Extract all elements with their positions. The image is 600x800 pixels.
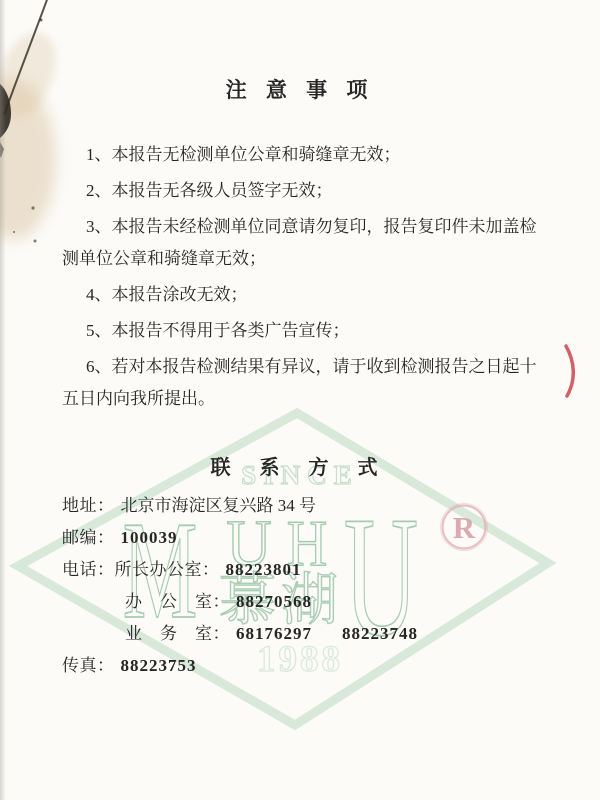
address-label: 地址： <box>62 496 115 515</box>
contact-title: 联 系 方 式 <box>0 456 600 480</box>
scanned-report-notice-page: SINCE M U H U 慕湖 1988 R 注 意 事 项 1、本报告无检测… <box>0 0 600 800</box>
notice-item-2: 2、本报告无各级人员签字无效； <box>62 175 542 207</box>
phone-director-label: 电话：所长办公室： <box>62 560 220 579</box>
notice-item-1: 1、本报告无检测单位公章和骑缝章无效； <box>62 139 542 171</box>
phone-director-value: 88223801 <box>226 560 302 579</box>
business-label: 业 务 室： <box>125 624 230 643</box>
contact-row-address: 地址：北京市海淀区复兴路 34 号 <box>62 490 600 522</box>
notice-item-5: 5、本报告不得用于各类广告宣传； <box>62 315 542 347</box>
contact-row-postcode: 邮编：100039 <box>62 522 600 554</box>
postcode-label: 邮编： <box>62 528 115 547</box>
business-value-1: 68176297 <box>236 624 312 643</box>
postcode-value: 100039 <box>121 528 178 547</box>
notice-item-3: 3、本报告未经检测单位同意请勿复印，报告复印件未加盖检测单位公章和骑缝章无效； <box>62 211 542 275</box>
contact-section: 联 系 方 式 地址：北京市海淀区复兴路 34 号 邮编：100039 电话：所… <box>0 456 600 682</box>
contact-row-fax: 传真：88223753 <box>62 650 600 682</box>
office-value: 88270568 <box>236 592 312 611</box>
contact-rows: 地址：北京市海淀区复兴路 34 号 邮编：100039 电话：所长办公室：882… <box>62 490 600 682</box>
address-value: 北京市海淀区复兴路 34 号 <box>121 496 317 515</box>
notice-item-6: 6、若对本报告检测结果有异议，请于收到检测报告之日起十五日内向我所提出。 <box>62 351 542 415</box>
page-title: 注 意 事 项 <box>0 74 600 104</box>
fax-label: 传真： <box>62 656 115 675</box>
contact-row-office: 办 公 室：88270568 <box>62 586 600 618</box>
fax-value: 88223753 <box>121 656 197 675</box>
contact-row-business: 业 务 室：6817629788223748 <box>62 618 600 650</box>
contact-row-phone-director: 电话：所长办公室：88223801 <box>62 554 600 586</box>
notice-item-4: 4、本报告涂改无效； <box>62 279 542 311</box>
business-value-2: 88223748 <box>342 624 418 643</box>
office-label: 办 公 室： <box>125 592 230 611</box>
notice-list: 1、本报告无检测单位公章和骑缝章无效； 2、本报告无各级人员签字无效； 3、本报… <box>62 139 542 419</box>
